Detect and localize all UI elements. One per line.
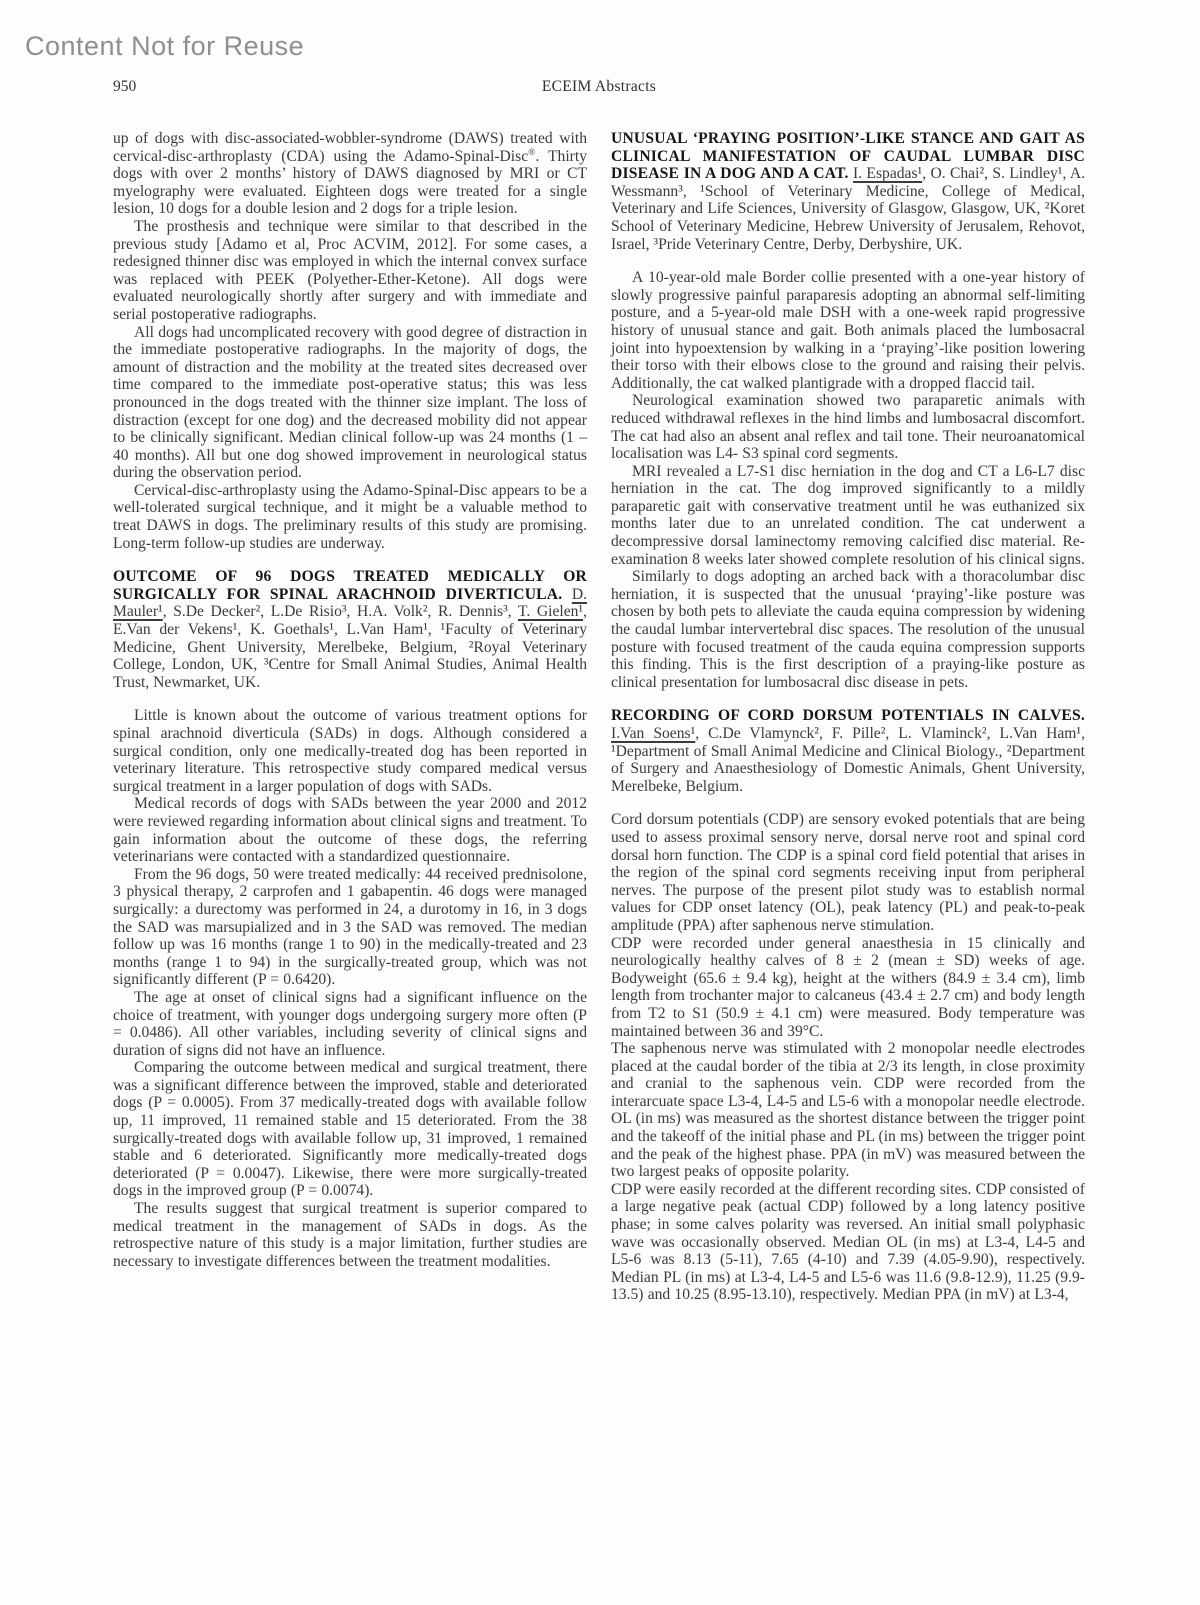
journal-page: Content Not for Reuse 950 ECEIM Abstract… [0, 0, 1200, 1605]
left-column: up of dogs with disc-associated-wobbler-… [113, 130, 587, 1304]
two-column-body: up of dogs with disc-associated-wobbler-… [113, 130, 1085, 1304]
abstract-heading-spinal-arachnoid: OUTCOME OF 96 DOGS TREATED MEDICALLY OR … [113, 568, 587, 691]
paragraph-praying-4: Similarly to dogs adopting an arched bac… [611, 568, 1085, 691]
paragraph-praying-2: Neurological examination showed two para… [611, 392, 1085, 462]
paragraph-continued-3: All dogs had uncomplicated recovery with… [113, 324, 587, 482]
page-header: 950 ECEIM Abstracts [113, 78, 1085, 98]
paragraph-cdp-1: Cord dorsum potentials (CDP) are sensory… [611, 811, 1085, 934]
right-column: UNUSUAL ‘PRAYING POSITION’-LIKE STANCE A… [611, 130, 1085, 1304]
paragraph-continued-2: The prosthesis and technique were simila… [113, 218, 587, 324]
paragraph-sad-6: The results suggest that surgical treatm… [113, 1200, 587, 1270]
running-head-title: ECEIM Abstracts [542, 78, 656, 96]
paragraph-sad-4: The age at onset of clinical signs had a… [113, 989, 587, 1059]
paragraph-cdp-2: CDP were recorded under general anaesthe… [611, 935, 1085, 1041]
page-number: 950 [113, 78, 136, 96]
paragraph-sad-3: From the 96 dogs, 50 were treated medica… [113, 866, 587, 989]
paragraph-praying-1: A 10-year-old male Border collie present… [611, 269, 1085, 392]
paragraph-cdp-3: The saphenous nerve was stimulated with … [611, 1040, 1085, 1181]
paragraph-cdp-4: CDP were easily recorded at the differen… [611, 1181, 1085, 1304]
abstract-heading-praying-position: UNUSUAL ‘PRAYING POSITION’-LIKE STANCE A… [611, 130, 1085, 253]
watermark-text: Content Not for Reuse [25, 31, 304, 62]
paragraph-continued-4: Cervical-disc-arthroplasty using the Ada… [113, 482, 587, 552]
paragraph-praying-3: MRI revealed a L7-S1 disc herniation in … [611, 463, 1085, 569]
paragraph-sad-5: Comparing the outcome between medical an… [113, 1059, 587, 1200]
abstract-heading-cord-dorsum: RECORDING OF CORD DORSUM POTENTIALS IN C… [611, 707, 1085, 795]
paragraph-sad-1: Little is known about the outcome of var… [113, 707, 587, 795]
paragraph-continued-1: up of dogs with disc-associated-wobbler-… [113, 130, 587, 218]
paragraph-sad-2: Medical records of dogs with SADs betwee… [113, 795, 587, 865]
